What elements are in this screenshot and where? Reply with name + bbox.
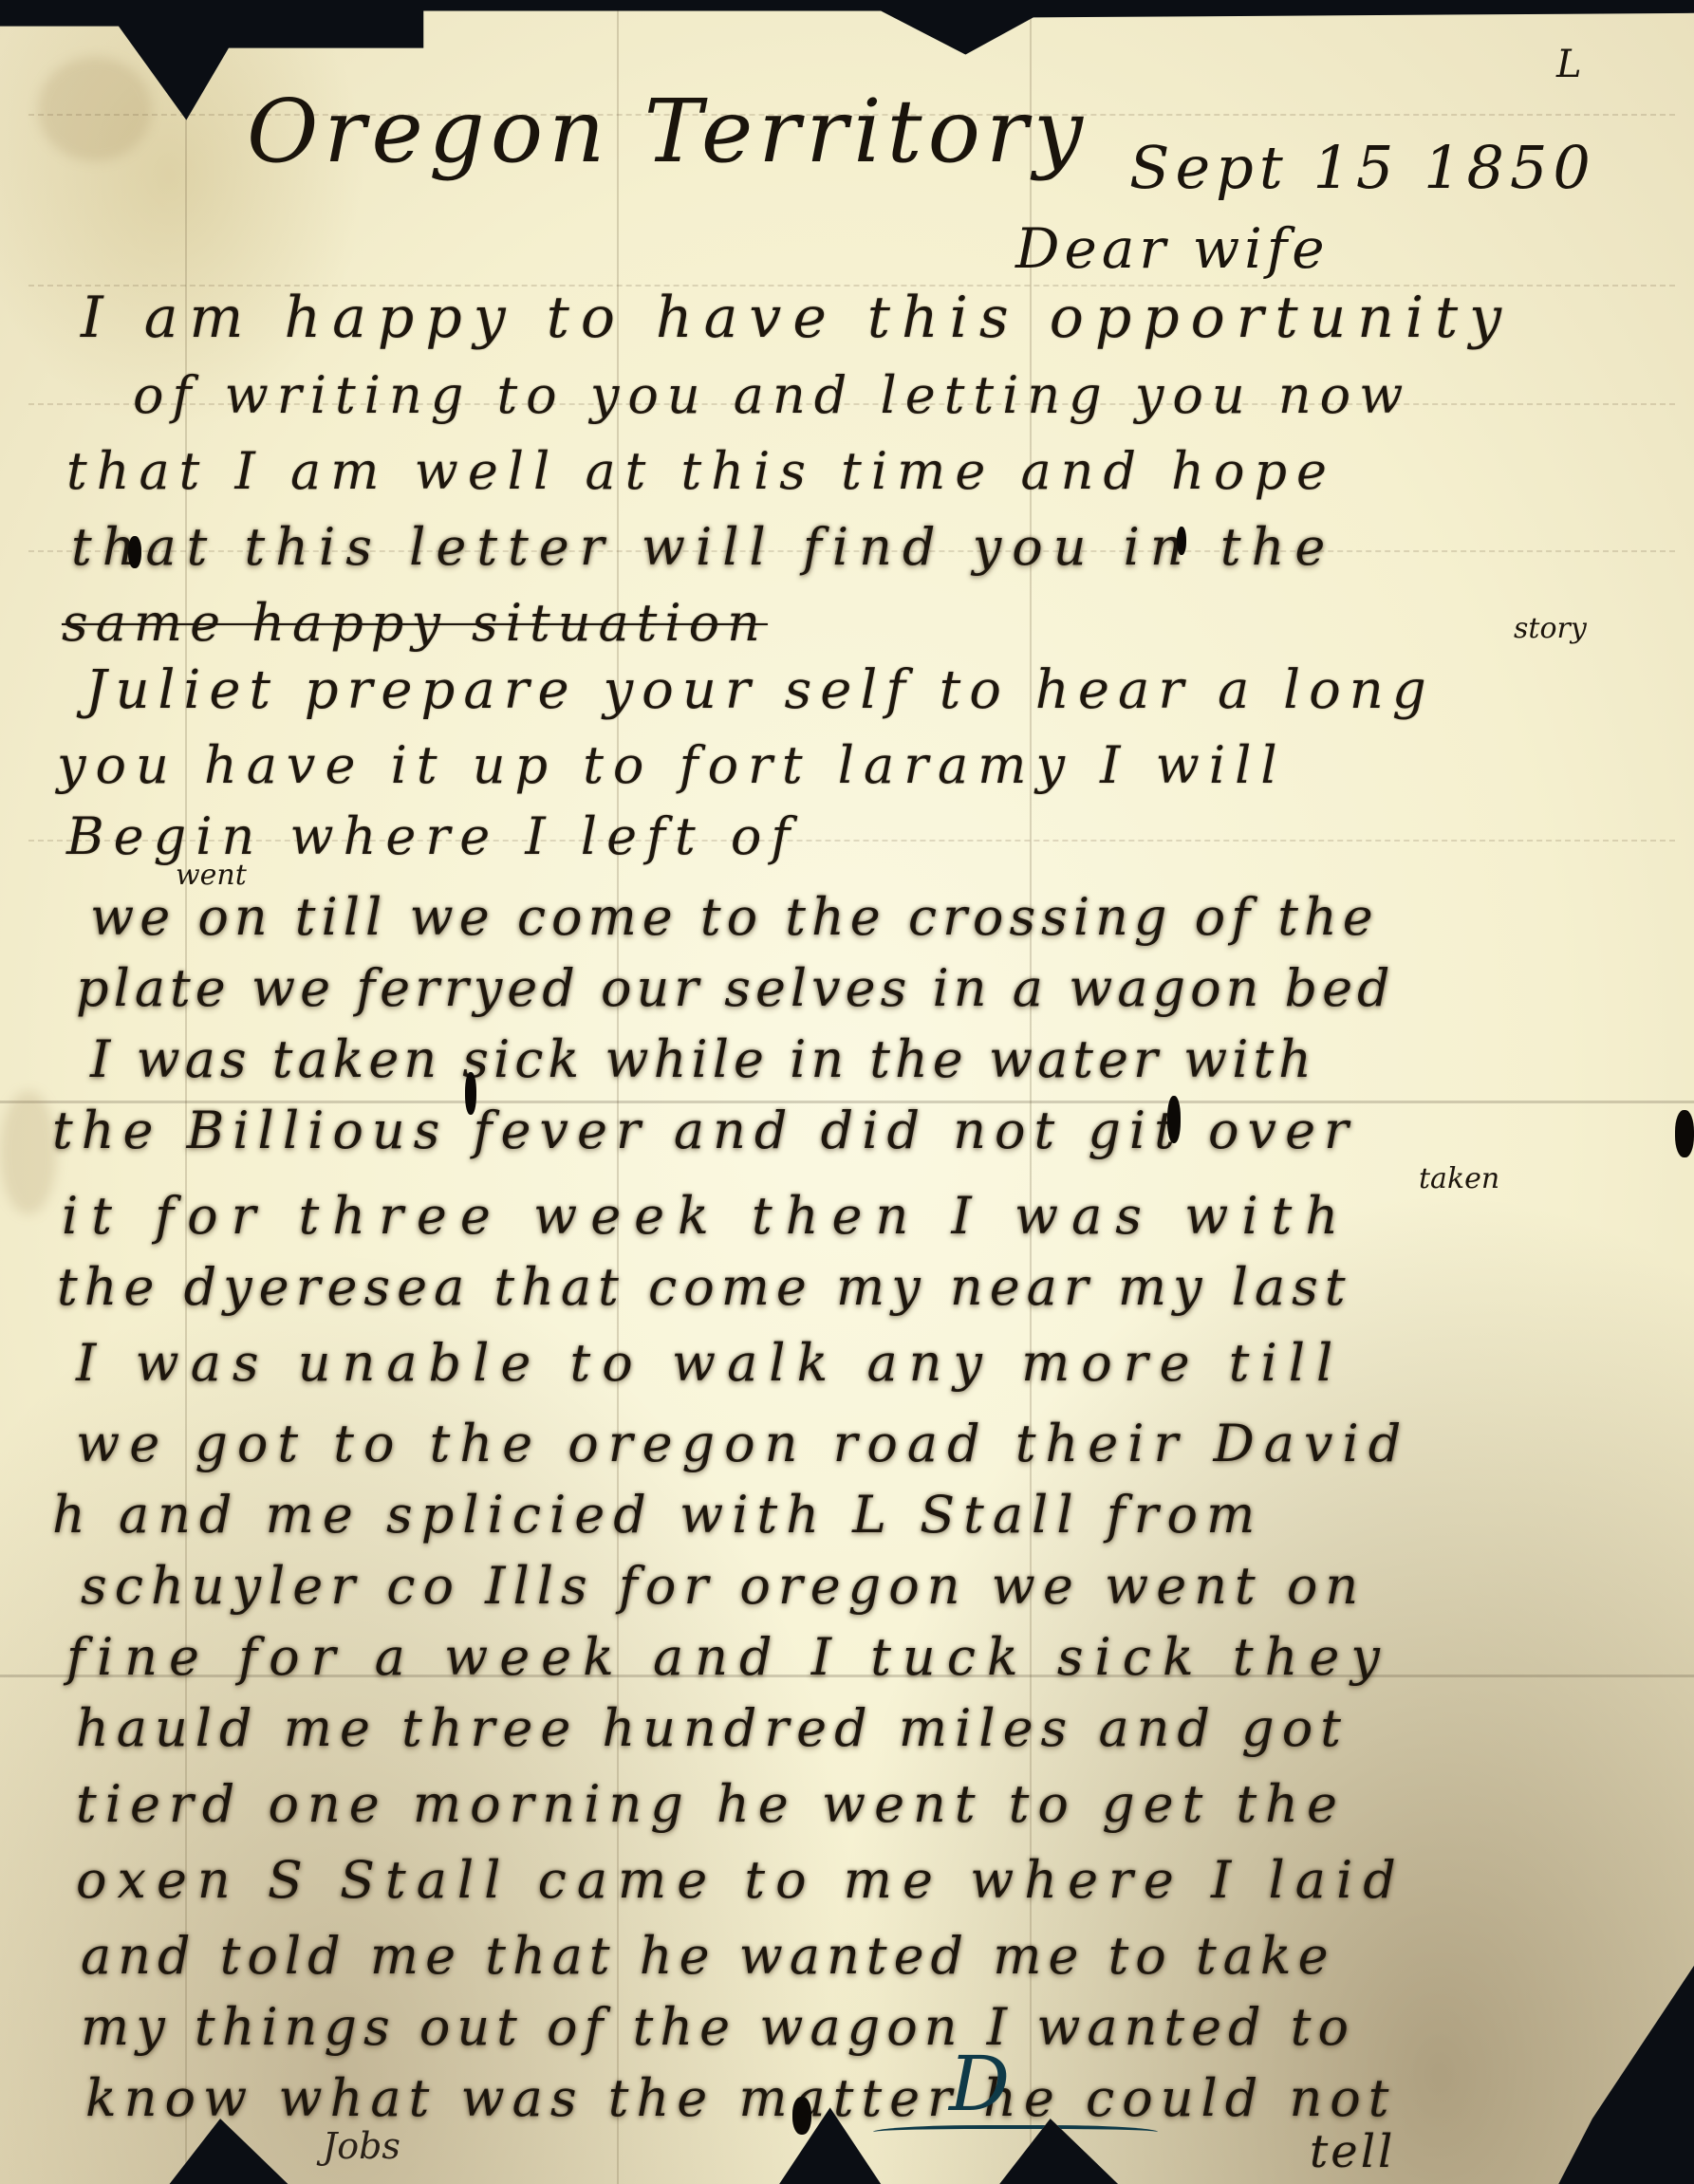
letter-line: Begin where I left of bbox=[66, 806, 799, 866]
letter-line: it for three week then I was with bbox=[62, 1186, 1351, 1246]
corner-mark: L bbox=[1556, 43, 1584, 86]
letter-line: the Billious fever and did not git over bbox=[52, 1101, 1357, 1160]
blue-flourish: D bbox=[949, 2040, 1010, 2128]
letter-line: hauld me three hundred miles and got bbox=[76, 1698, 1349, 1758]
letter-line: Juliet prepare your self to hear a long bbox=[85, 659, 1435, 721]
blue-underline-flourish bbox=[873, 2125, 1158, 2142]
letter-line: schuyler co Ills for oregon we went on bbox=[81, 1556, 1366, 1616]
letter-line: fine for a week and I tuck sick they bbox=[66, 1627, 1391, 1687]
ink-blot bbox=[1675, 1110, 1694, 1157]
ink-blot bbox=[1177, 527, 1186, 555]
letter-line: and told me that he wanted me to take bbox=[81, 1926, 1335, 1986]
bottom-mark: Jobs bbox=[323, 2125, 400, 2167]
letter-line: you have it up to fort laramy I will bbox=[57, 735, 1287, 795]
ink-blot bbox=[128, 536, 141, 568]
ink-blot bbox=[792, 2097, 811, 2135]
letter-line: tierd one morning he went to get the bbox=[76, 1774, 1346, 1834]
ink-blot bbox=[465, 1072, 476, 1115]
date-heading: Sept 15 1850 bbox=[1129, 133, 1596, 202]
letter-page: L Oregon Territory Sept 15 1850 Dear wif… bbox=[0, 0, 1694, 2184]
stain bbox=[38, 57, 152, 161]
interlinear-insertion: taken bbox=[1419, 1162, 1499, 1195]
stain bbox=[0, 1091, 57, 1214]
letter-line: I am happy to have this opportunity bbox=[81, 285, 1513, 351]
interlinear-insertion: story bbox=[1514, 612, 1587, 645]
letter-line: plate we ferryed our selves in a wagon b… bbox=[76, 958, 1395, 1018]
letter-line: we on till we come to the crossing of th… bbox=[90, 887, 1379, 947]
letter-line: know what was the matter he could not bbox=[85, 2068, 1397, 2128]
salutation: Dear wife bbox=[1015, 216, 1330, 281]
letter-line: that this letter will find you in the bbox=[71, 517, 1335, 577]
letter-line: oxen S Stall came to me where I laid bbox=[76, 1850, 1406, 1910]
ink-blot bbox=[1167, 1096, 1181, 1143]
letter-line: h and me splicied with L Stall from bbox=[52, 1485, 1263, 1545]
place-heading: Oregon Territory bbox=[247, 81, 1089, 182]
letter-line: that I am well at this time and hope bbox=[66, 441, 1336, 501]
letter-line: we got to the oregon road their David bbox=[76, 1414, 1410, 1473]
letter-line: tell bbox=[1310, 2125, 1395, 2178]
letter-line: of writing to you and letting you now bbox=[133, 365, 1411, 425]
letter-line: my things out of the wagon I wanted to bbox=[81, 1997, 1355, 2057]
letter-line: same happy situation bbox=[62, 593, 768, 653]
letter-line: the dyeresea that come my near my last bbox=[57, 1257, 1352, 1317]
letter-line: I was taken sick while in the water with bbox=[90, 1029, 1316, 1089]
letter-line: I was unable to walk any more till bbox=[76, 1333, 1344, 1393]
